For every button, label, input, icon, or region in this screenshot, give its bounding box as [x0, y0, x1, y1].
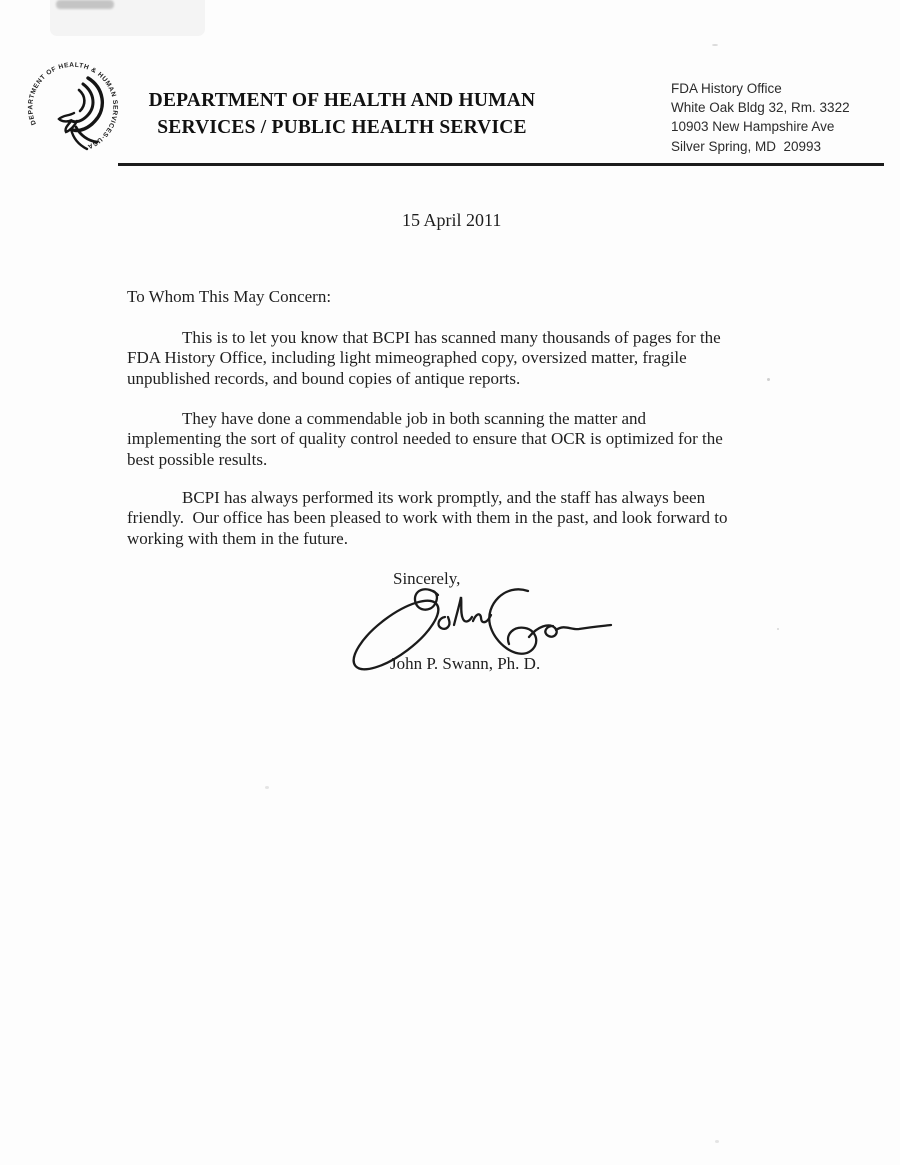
- salutation: To Whom This May Concern:: [127, 287, 331, 307]
- body-paragraph: They have done a commendable job in both…: [127, 409, 791, 470]
- letter-date: 15 April 2011: [402, 210, 501, 231]
- letterhead-rule: [118, 163, 884, 166]
- scan-speck: [265, 786, 269, 789]
- signer-name: John P. Swann, Ph. D.: [390, 654, 540, 674]
- hhs-seal-icon: DEPARTMENT OF HEALTH & HUMAN SERVICES·US…: [26, 58, 124, 162]
- scan-speck: [777, 628, 779, 630]
- body-paragraph: This is to let you know that BCPI has sc…: [127, 328, 791, 389]
- scan-speck: [712, 44, 718, 46]
- department-title: DEPARTMENT OF HEALTH AND HUMAN SERVICES …: [126, 87, 558, 141]
- office-address-block: FDA History Office White Oak Bldg 32, Rm…: [671, 79, 850, 156]
- scan-speck: [715, 1140, 719, 1143]
- scanned-letter-page: DEPARTMENT OF HEALTH & HUMAN SERVICES·US…: [0, 0, 900, 1165]
- scan-speck: [339, 535, 341, 540]
- scan-speck: [767, 378, 770, 381]
- scan-artifact-smudge: [56, 0, 114, 9]
- body-paragraph: BCPI has always performed its work promp…: [127, 488, 791, 549]
